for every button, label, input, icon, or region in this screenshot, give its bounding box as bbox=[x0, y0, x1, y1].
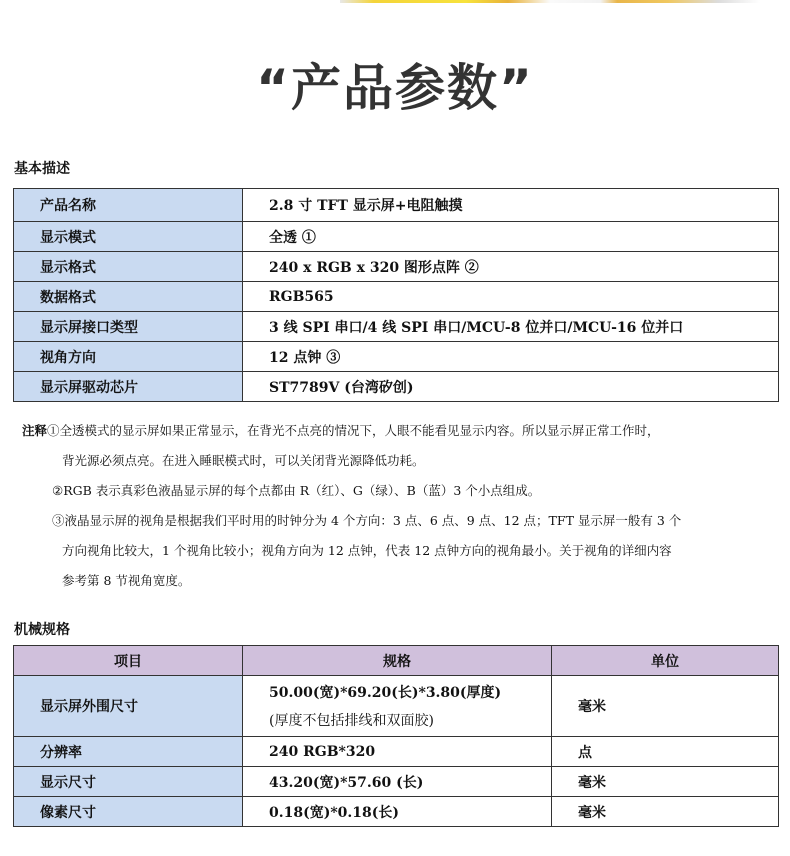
notes-label: 注释 bbox=[22, 423, 47, 438]
page-title: “产品参数” bbox=[0, 48, 790, 120]
note-line-3: ②RGB 表示真彩色液晶显示屏的每个点都由 R（红）、G（绿）、B（蓝）3 个小… bbox=[22, 476, 782, 506]
row-unit: 点 bbox=[552, 737, 779, 767]
basic-spec-table: 产品名称 2.8 寸 TFT 显示屏+电阻触摸 显示模式 全透 ① 显示格式 2… bbox=[13, 188, 779, 402]
row-spec: 43.20(宽)*57.60 (长) bbox=[243, 767, 552, 797]
row-unit: 毫米 bbox=[552, 767, 779, 797]
row-spec: 240 RGB*320 bbox=[243, 737, 552, 767]
spec-note: (厚度不包括排线和双面胶) bbox=[269, 710, 551, 730]
header-item: 项目 bbox=[14, 646, 243, 676]
row-spec: 50.00(宽)*69.20(长)*3.80(厚度) (厚度不包括排线和双面胶) bbox=[243, 676, 552, 737]
mechanical-section-title: 机械规格 bbox=[14, 619, 70, 639]
table-row: 视角方向 12 点钟 ③ bbox=[14, 342, 779, 372]
table-row: 显示屏外围尺寸 50.00(宽)*69.20(长)*3.80(厚度) (厚度不包… bbox=[14, 676, 779, 737]
row-label: 产品名称 bbox=[14, 189, 243, 222]
header-spec: 规格 bbox=[243, 646, 552, 676]
note-line-4: ③液晶显示屏的视角是根据我们平时用的时钟分为 4 个方向：3 点、6 点、9 点… bbox=[22, 506, 782, 536]
table-row: 显示屏驱动芯片 ST7789V (台湾矽创) bbox=[14, 372, 779, 402]
row-value: 2.8 寸 TFT 显示屏+电阻触摸 bbox=[243, 189, 779, 222]
table-row: 显示模式 全透 ① bbox=[14, 222, 779, 252]
row-unit: 毫米 bbox=[552, 676, 779, 737]
row-label: 分辨率 bbox=[14, 737, 243, 767]
header-unit: 单位 bbox=[552, 646, 779, 676]
row-label: 显示屏驱动芯片 bbox=[14, 372, 243, 402]
basic-section-title: 基本描述 bbox=[14, 158, 70, 178]
table-row: 数据格式 RGB565 bbox=[14, 282, 779, 312]
row-spec: 0.18(宽)*0.18(长) bbox=[243, 797, 552, 827]
table-row: 产品名称 2.8 寸 TFT 显示屏+电阻触摸 bbox=[14, 189, 779, 222]
note-line-1: 注释①全透模式的显示屏如果正常显示，在背光不点亮的情况下，人眼不能看见显示内容。… bbox=[22, 416, 782, 446]
row-label: 显示格式 bbox=[14, 252, 243, 282]
row-label: 视角方向 bbox=[14, 342, 243, 372]
row-label: 显示模式 bbox=[14, 222, 243, 252]
notes-block: 注释①全透模式的显示屏如果正常显示，在背光不点亮的情况下，人眼不能看见显示内容。… bbox=[22, 416, 782, 596]
row-value: 240 x RGB x 320 图形点阵 ② bbox=[243, 252, 779, 282]
table-row: 显示屏接口类型 3 线 SPI 串口/4 线 SPI 串口/MCU-8 位并口/… bbox=[14, 312, 779, 342]
top-decorative-banner-edge bbox=[340, 0, 760, 3]
table-row: 像素尺寸 0.18(宽)*0.18(长) 毫米 bbox=[14, 797, 779, 827]
table-row: 显示格式 240 x RGB x 320 图形点阵 ② bbox=[14, 252, 779, 282]
table-row: 显示尺寸 43.20(宽)*57.60 (长) 毫米 bbox=[14, 767, 779, 797]
row-value: 12 点钟 ③ bbox=[243, 342, 779, 372]
row-label: 显示尺寸 bbox=[14, 767, 243, 797]
row-label: 显示屏接口类型 bbox=[14, 312, 243, 342]
row-unit: 毫米 bbox=[552, 797, 779, 827]
note-text: ①全透模式的显示屏如果正常显示，在背光不点亮的情况下，人眼不能看见显示内容。所以… bbox=[47, 423, 660, 438]
row-label: 数据格式 bbox=[14, 282, 243, 312]
table-row: 分辨率 240 RGB*320 点 bbox=[14, 737, 779, 767]
note-line-2: 背光源必须点亮。在进入睡眠模式时，可以关闭背光源降低功耗。 bbox=[22, 446, 782, 476]
table-header-row: 项目 规格 单位 bbox=[14, 646, 779, 676]
note-line-6: 参考第 8 节视角宽度。 bbox=[22, 566, 782, 596]
note-line-5: 方向视角比较大，1 个视角比较小；视角方向为 12 点钟，代表 12 点钟方向的… bbox=[22, 536, 782, 566]
row-value: 3 线 SPI 串口/4 线 SPI 串口/MCU-8 位并口/MCU-16 位… bbox=[243, 312, 779, 342]
mechanical-spec-table: 项目 规格 单位 显示屏外围尺寸 50.00(宽)*69.20(长)*3.80(… bbox=[13, 645, 779, 827]
spec-main: 50.00(宽)*69.20(长)*3.80(厚度) bbox=[269, 685, 501, 701]
row-value: RGB565 bbox=[243, 282, 779, 312]
row-value: 全透 ① bbox=[243, 222, 779, 252]
row-label: 像素尺寸 bbox=[14, 797, 243, 827]
row-label: 显示屏外围尺寸 bbox=[14, 676, 243, 737]
row-value: ST7789V (台湾矽创) bbox=[243, 372, 779, 402]
